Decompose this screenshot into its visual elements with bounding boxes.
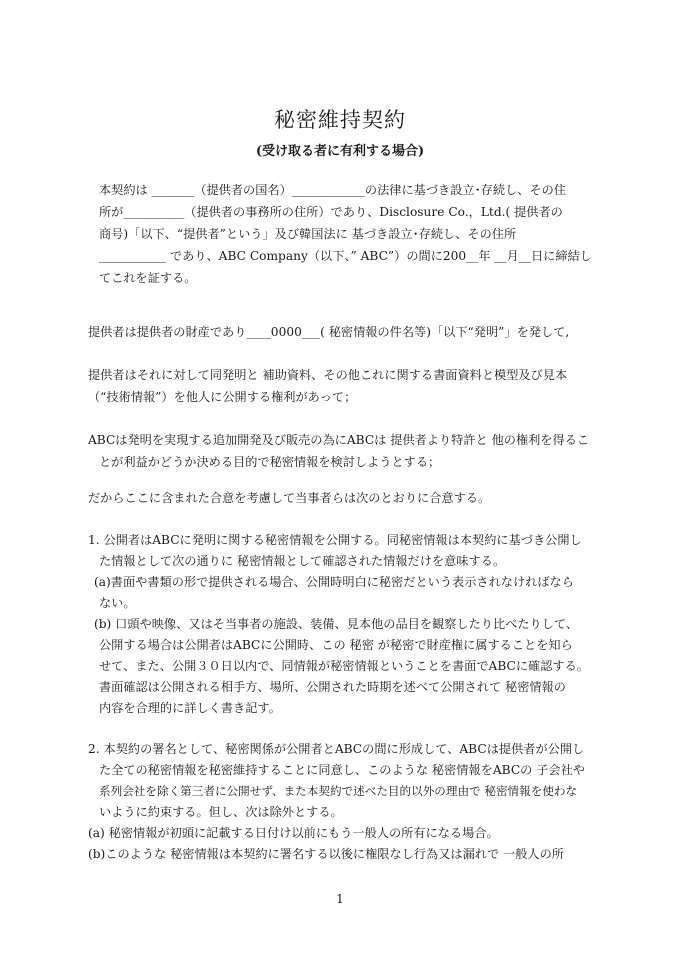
clause-item-line: せて、また、公開３０日以内で、同情報が秘密情報ということを書面でABCに確認する… bbox=[99, 657, 589, 675]
document-title: 秘密維持契約 bbox=[0, 104, 680, 134]
recital-line: ABCは発明を実現する追加開発及び販売の為にABCは 提供者より特許と 他の権利… bbox=[88, 431, 589, 449]
clause-item-line: ない。 bbox=[99, 594, 136, 612]
recital-line: （“技術情報”）を他人に公開する権利があって； bbox=[88, 388, 356, 406]
recital-line: だからここに含まれた合意を考慮して当事者らは次のとおりに合意する。 bbox=[88, 489, 490, 507]
preamble-line: 本契約は _______（提供者の国名）____________の法律に基づき設… bbox=[99, 181, 566, 199]
clause-line: 1. 公開者はABCに発明に関する秘密情報を公開する。同秘密情報は本契約に基づき… bbox=[88, 531, 582, 549]
clause-item-line: 内容を合理的に詳しく書き記す。 bbox=[99, 699, 281, 717]
clause-line: た情報として次の通りに 秘密情報として確認された情報だけを意味する。 bbox=[99, 552, 505, 570]
recital-line: とが利益かどうか決める目的で秘密情報を検討しようとする； bbox=[99, 453, 440, 471]
clause-item-line: (a) 秘密情報が初頭に記載する日付け以前にもう一般人の所有になる場合。 bbox=[88, 824, 499, 842]
preamble-line: ___________ であり、ABC Company（以下、” ABC”）の間… bbox=[99, 247, 592, 265]
clause-item-line: (b) 口頭や映像、又はそ当事者の施設、装備、見本他の品目を観察したり比べたりし… bbox=[94, 615, 578, 633]
clause-item-line: 書面確認は公開される相手方、場所、公開された時期を述べて公開されて 秘密情報の bbox=[99, 678, 566, 696]
preamble-line: 商号)「以下、“提供者”という」及び韓国法に 基づき設立･存続し、その住所 bbox=[99, 225, 516, 243]
clause-line: 系列会社を除く第三者に公開せず、また本契約で述べた目的以外の理由で 秘密情報を使… bbox=[99, 782, 577, 800]
clause-item-line: (b)このような 秘密情報は本契約に署名する以後に権限なし行為又は漏れで 一般人… bbox=[88, 845, 564, 863]
preamble-line: てこれを証する。 bbox=[99, 269, 197, 287]
preamble-line: 所が__________（提供者の事務所の住所）であり、Disclosure C… bbox=[99, 203, 563, 221]
clause-line: いように約束する。但し、次は除外とする。 bbox=[99, 803, 343, 821]
clause-item-line: (a)書面や書類の形で提供される場合、公開時明白に秘密だという表示されなければな… bbox=[94, 573, 574, 591]
document-subtitle: (受け取る者に有利する場合) bbox=[0, 140, 680, 159]
recital-line: 提供者はそれに対して同発明と 補助資料、その他これに関する書面資料と模型及び見本 bbox=[88, 366, 567, 384]
recital-line: 提供者は提供者の財産であり____0000___( 秘密情報の件名等)「以下“発… bbox=[88, 323, 569, 341]
page-number: 1 bbox=[0, 892, 680, 906]
document-page: 秘密維持契約 (受け取る者に有利する場合) 本契約は _______（提供者の国… bbox=[0, 0, 680, 962]
clause-line: た全ての秘密情報を秘密維持することに同意し、このような 秘密情報をABCの 子会… bbox=[99, 761, 585, 779]
clause-item-line: 公開する場合は公開者はABCに公開時、この 秘密 が秘密で財産権に属することを知… bbox=[99, 636, 573, 654]
clause-line: 2. 本契約の署名として、秘密関係が公開者とABCの間に形成して、ABCは提供者… bbox=[88, 740, 584, 758]
